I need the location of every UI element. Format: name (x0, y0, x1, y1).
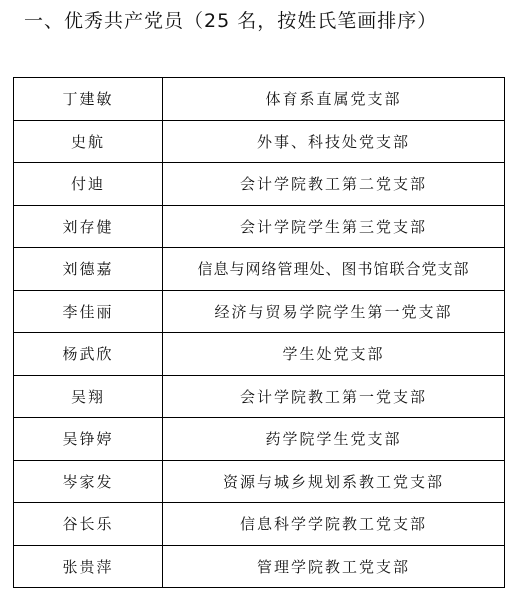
table-row: 谷长乐信息科学学院教工党支部 (14, 503, 505, 546)
member-name: 谷长乐 (14, 503, 163, 546)
party-branch: 体育系直属党支部 (163, 78, 505, 121)
party-branch: 资源与城乡规划系教工党支部 (163, 460, 505, 503)
party-branch: 信息科学学院教工党支部 (163, 503, 505, 546)
member-name: 岑家发 (14, 460, 163, 503)
table-row: 张贵萍管理学院教工党支部 (14, 545, 505, 588)
member-name: 吴翔 (14, 375, 163, 418)
party-branch: 会计学院学生第三党支部 (163, 205, 505, 248)
table-row: 李佳丽经济与贸易学院学生第一党支部 (14, 290, 505, 333)
party-branch: 外事、科技处党支部 (163, 120, 505, 163)
table-row: 杨武欣学生处党支部 (14, 333, 505, 376)
party-branch: 会计学院教工第一党支部 (163, 375, 505, 418)
table-row: 岑家发资源与城乡规划系教工党支部 (14, 460, 505, 503)
members-table: 丁建敏体育系直属党支部 史航外事、科技处党支部 付迪会计学院教工第二党支部 刘存… (13, 77, 505, 588)
table-row: 吴翔会计学院教工第一党支部 (14, 375, 505, 418)
member-name: 杨武欣 (14, 333, 163, 376)
party-branch: 经济与贸易学院学生第一党支部 (163, 290, 505, 333)
table-row: 史航外事、科技处党支部 (14, 120, 505, 163)
table-row: 刘存健会计学院学生第三党支部 (14, 205, 505, 248)
member-name: 刘德嘉 (14, 248, 163, 291)
party-branch: 药学院学生党支部 (163, 418, 505, 461)
member-name: 丁建敏 (14, 78, 163, 121)
party-branch: 管理学院教工党支部 (163, 545, 505, 588)
table-row: 吴铮婷药学院学生党支部 (14, 418, 505, 461)
member-name: 张贵萍 (14, 545, 163, 588)
party-branch: 信息与网络管理处、图书馆联合党支部 (163, 248, 505, 291)
member-name: 李佳丽 (14, 290, 163, 333)
section-heading: 一、优秀共产党员（25 名，按姓氏笔画排序） (24, 6, 437, 33)
table-row: 付迪会计学院教工第二党支部 (14, 163, 505, 206)
party-branch: 学生处党支部 (163, 333, 505, 376)
member-name: 付迪 (14, 163, 163, 206)
table-row: 丁建敏体育系直属党支部 (14, 78, 505, 121)
party-branch: 会计学院教工第二党支部 (163, 163, 505, 206)
member-name: 吴铮婷 (14, 418, 163, 461)
table-row: 刘德嘉信息与网络管理处、图书馆联合党支部 (14, 248, 505, 291)
member-name: 史航 (14, 120, 163, 163)
member-name: 刘存健 (14, 205, 163, 248)
